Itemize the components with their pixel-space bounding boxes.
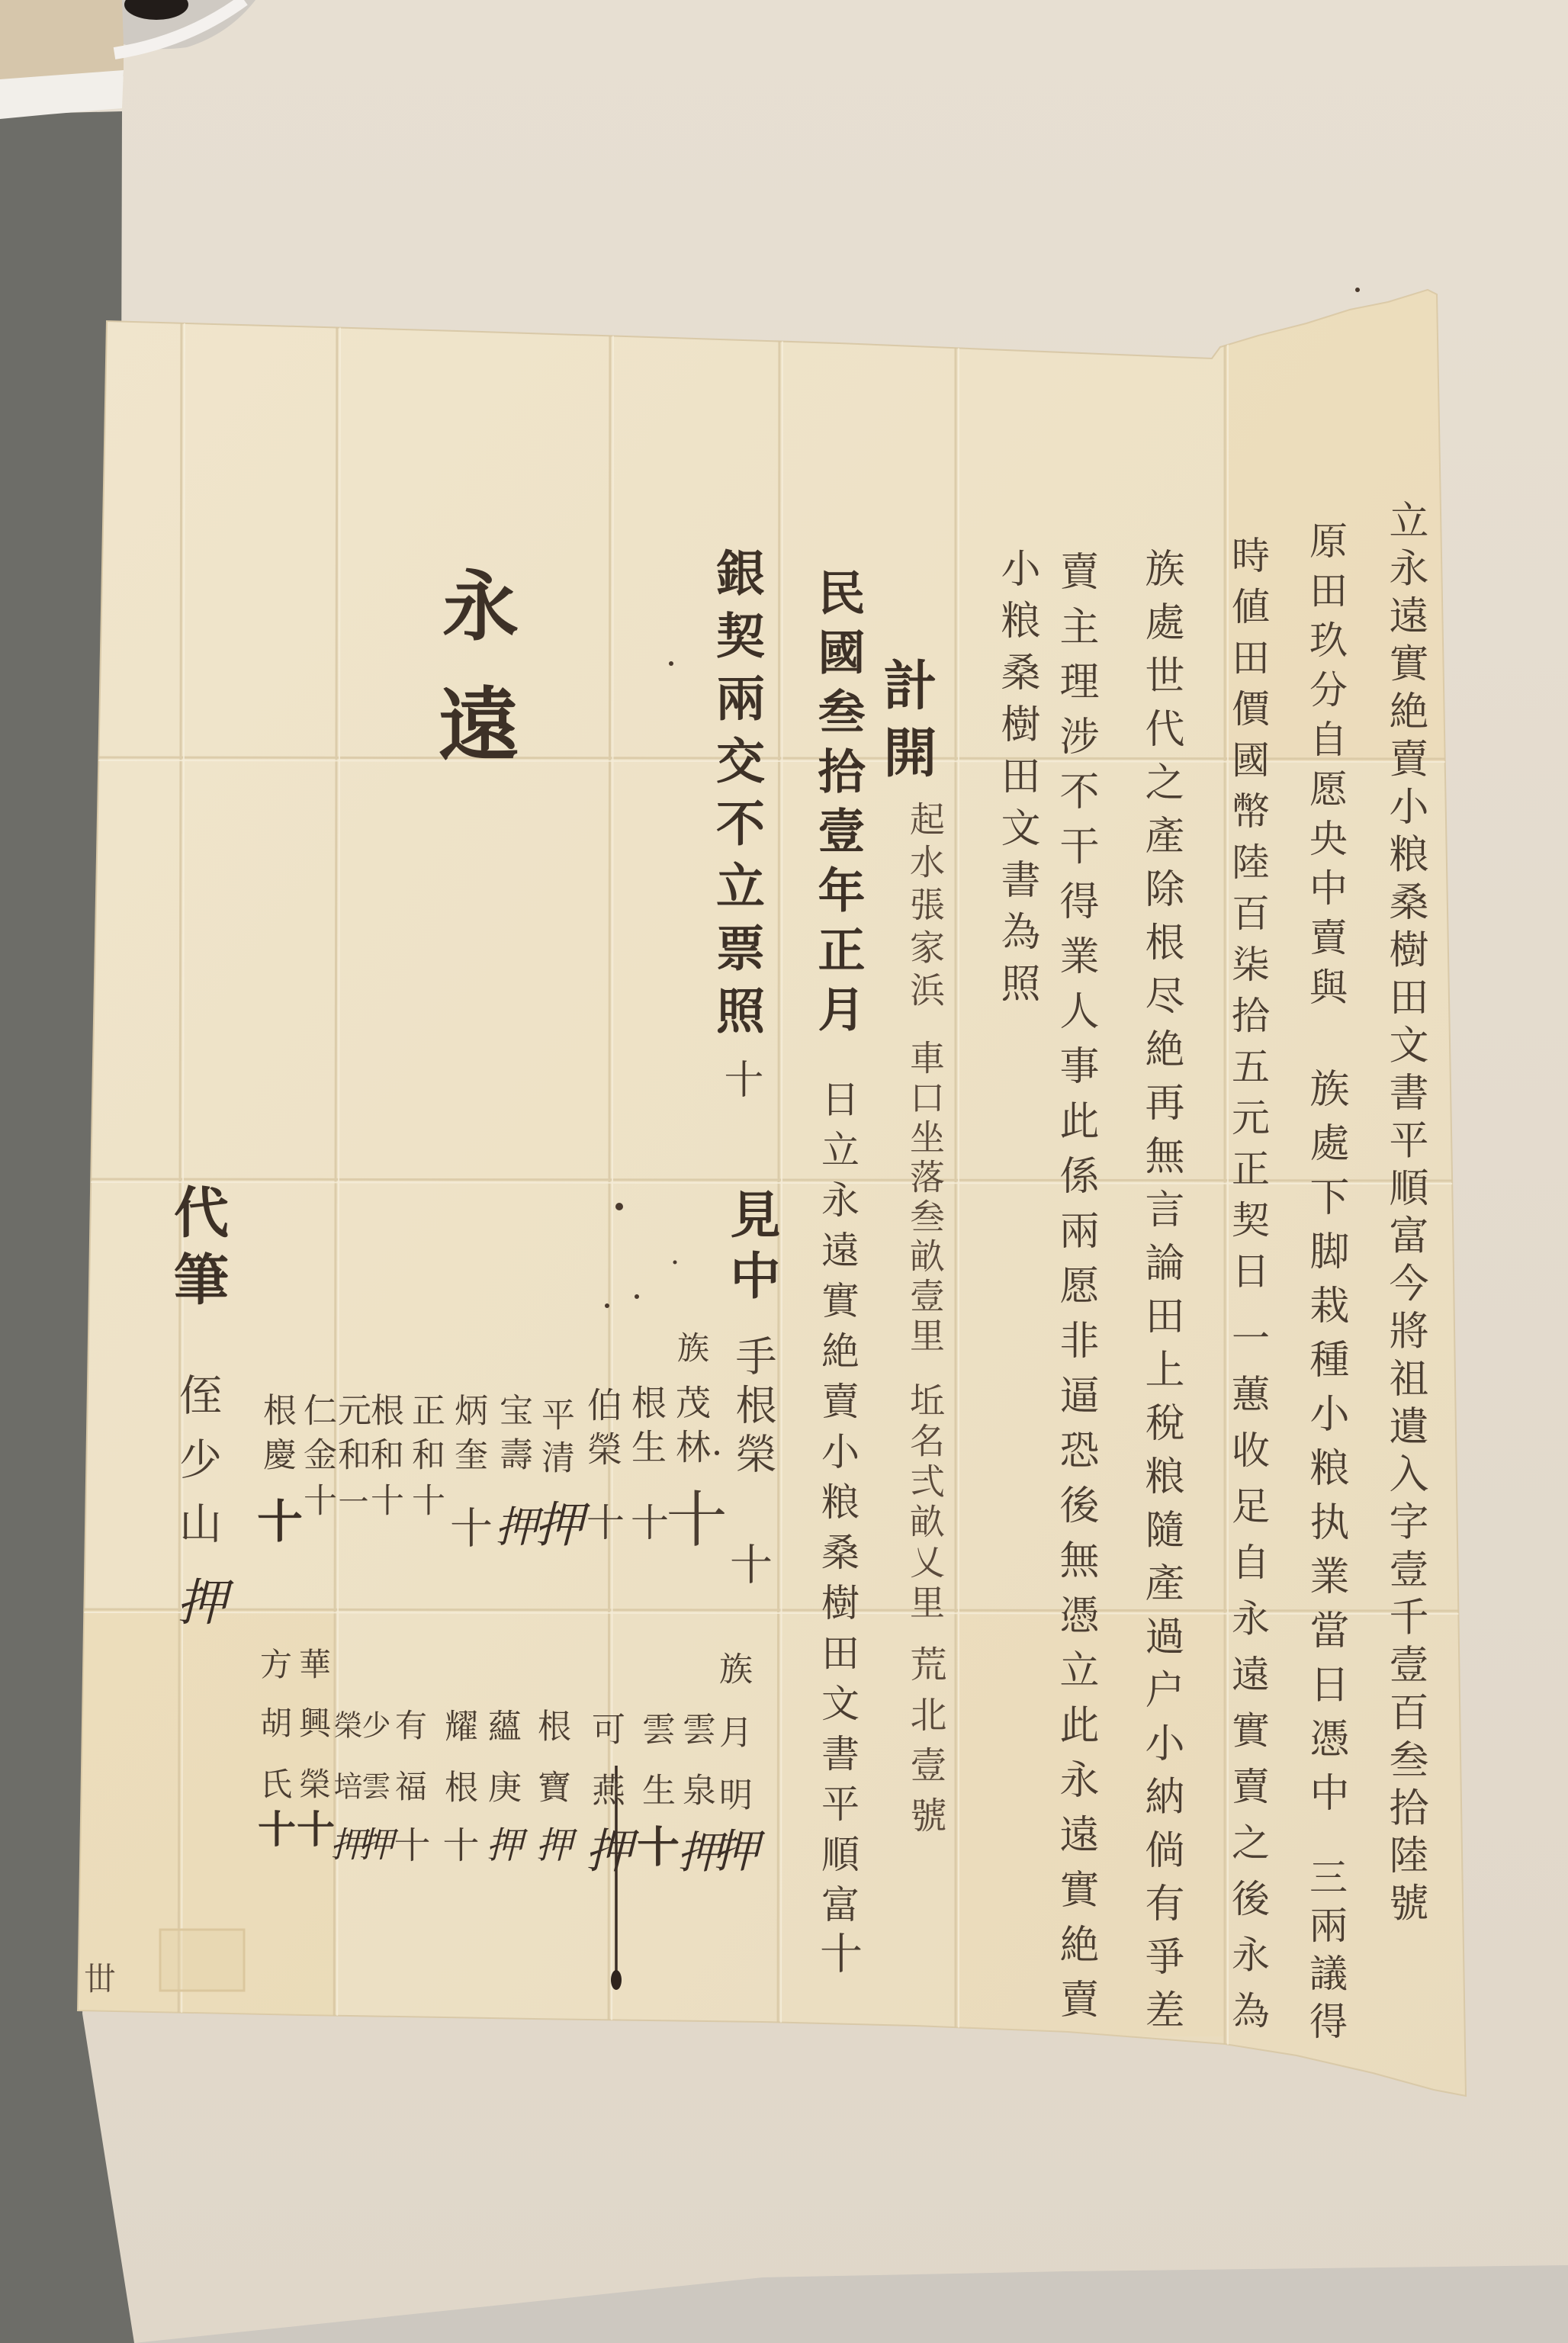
contract-column-1: 立永遠實絶賣小粮桑樹田文書平順富今將祖遺入字壹千壹百叁拾陸號 (1385, 500, 1425, 1930)
contract-date: 民國叁拾壹年正月 (814, 568, 861, 1044)
witness-name: 仁金 (300, 1393, 333, 1481)
ink-spot (1355, 288, 1360, 292)
witness-mark: 十 (628, 1503, 666, 1541)
witness-name: 平清 (538, 1397, 571, 1483)
contract-column-2-segment: 三兩議得 (1306, 1857, 1345, 2049)
witness-name: 蘊庚 (484, 1708, 518, 1830)
schedule-item: 車口坐落叁畝壹里 (908, 1040, 943, 1357)
backdrop-tan-corner (0, 0, 124, 82)
contract-column-3-segment: 一蕙收足自永遠實賣之後永為 (1229, 1318, 1267, 2047)
witness-name: 少雲 (359, 1710, 388, 1832)
payment-clause: 銀契兩交不立票照 (712, 548, 760, 1048)
witness-mark: 十 (634, 1824, 676, 1867)
witness-principal-mark: 十 (726, 1542, 769, 1585)
witness-name: 月明 (715, 1715, 749, 1840)
contract-column-4: 族處世代之產除根尽絶再無言論田上稅粮隨產過户小納倘有爭差 (1141, 548, 1181, 2042)
stamp-ghost (160, 1930, 244, 1991)
witness-name: 茂林 (673, 1384, 708, 1473)
witness-name: 雲生 (638, 1711, 672, 1834)
witness-prefix: 華 (297, 1647, 329, 1679)
witness-prefix: 族 (715, 1651, 749, 1685)
witness-name: 根慶 (259, 1393, 293, 1481)
witness-label: 見中 (726, 1188, 776, 1310)
schedule-label: 計開 (879, 657, 933, 792)
witness-name: 耀根 (441, 1708, 474, 1830)
ink-drip-drop (611, 1970, 622, 1990)
document-heading-char: 永 (436, 566, 512, 642)
witness-signature-mark: 押 (532, 1826, 569, 1863)
document-heading-char: 遠 (432, 683, 513, 763)
contract-date-text: 日立永遠實絶賣小粮桑樹田文書平順富 (818, 1079, 856, 1935)
witness-name: 宝壽 (496, 1393, 529, 1481)
witness-prefix: 族 (675, 1331, 707, 1363)
witness-name: 根和 (367, 1393, 400, 1481)
witness-mark: 一 (336, 1486, 366, 1516)
witness-name: 雲泉 (679, 1711, 712, 1834)
seller-mark: 十 (816, 1931, 859, 1974)
margin-mark: 丗 (82, 1962, 114, 1994)
witness-name: 根生 (629, 1384, 664, 1473)
payment-mark: 十 (720, 1059, 760, 1098)
witness-name: 炳奎 (451, 1393, 484, 1481)
contract-column-3-segment: 時値田價國幣陸百柒拾五元正契日 (1229, 535, 1267, 1302)
schedule-item: 坵名弍畝乂里 (908, 1382, 943, 1625)
ink-spot (615, 1203, 623, 1210)
witness-mark: 十 (446, 1506, 489, 1548)
scribe-label: 代筆 (169, 1184, 224, 1318)
ink-spot (605, 1303, 609, 1308)
witness-signature-mark: 押 (491, 1504, 534, 1547)
witness-name: 元和 (334, 1393, 368, 1481)
schedule-item: 起水張家浜 (908, 801, 943, 1014)
contract-column-2-segment: 族處下脚栽種小粮执業當日憑中 (1306, 1068, 1345, 1826)
witness-name: 正和 (408, 1393, 442, 1481)
witness-mark: 十 (294, 1809, 332, 1847)
ink-spot (715, 1451, 719, 1455)
ink-spot (669, 661, 673, 666)
witness-mark: 十 (253, 1497, 299, 1543)
witness-mark: 十 (255, 1809, 293, 1847)
witness-name: 伯榮 (585, 1387, 620, 1475)
witness-principal-name: 手根榮 (732, 1335, 773, 1481)
witness-mark: 十 (408, 1483, 442, 1516)
ink-spot (673, 1261, 677, 1265)
schedule-item: 荒北壹號 (907, 1645, 943, 1846)
witness-name: 可燕 (588, 1711, 622, 1834)
contract-column-2-segment: 原田玖分自愿央中賣與 (1306, 521, 1345, 1017)
witness-mark: 十 (367, 1483, 400, 1516)
scribe-signature-mark: 押 (172, 1576, 222, 1626)
witness-signature-mark: 押 (581, 1826, 628, 1873)
witness-signature-mark: 押 (483, 1826, 519, 1863)
scribe-name: 侄少山 (175, 1373, 218, 1565)
witness-mark: 十 (583, 1503, 622, 1541)
contract-column-5: 賣主理涉不干得業人事此係兩愿非逼恐後無憑立此永遠實絶賣 (1056, 551, 1095, 2033)
witness-mark: 十 (390, 1826, 427, 1863)
contract-column-6: 小粮桑樹田文書為照 (997, 548, 1036, 1014)
ink-spot (635, 1294, 639, 1299)
witness-mark: 十 (300, 1483, 333, 1516)
witness-name: 根寶 (534, 1708, 567, 1830)
witness-name: 有福 (393, 1708, 425, 1830)
witness-prefix: 方 (258, 1647, 290, 1679)
witness-mark: 十 (439, 1826, 476, 1863)
witness-mark: 十 (660, 1487, 721, 1548)
